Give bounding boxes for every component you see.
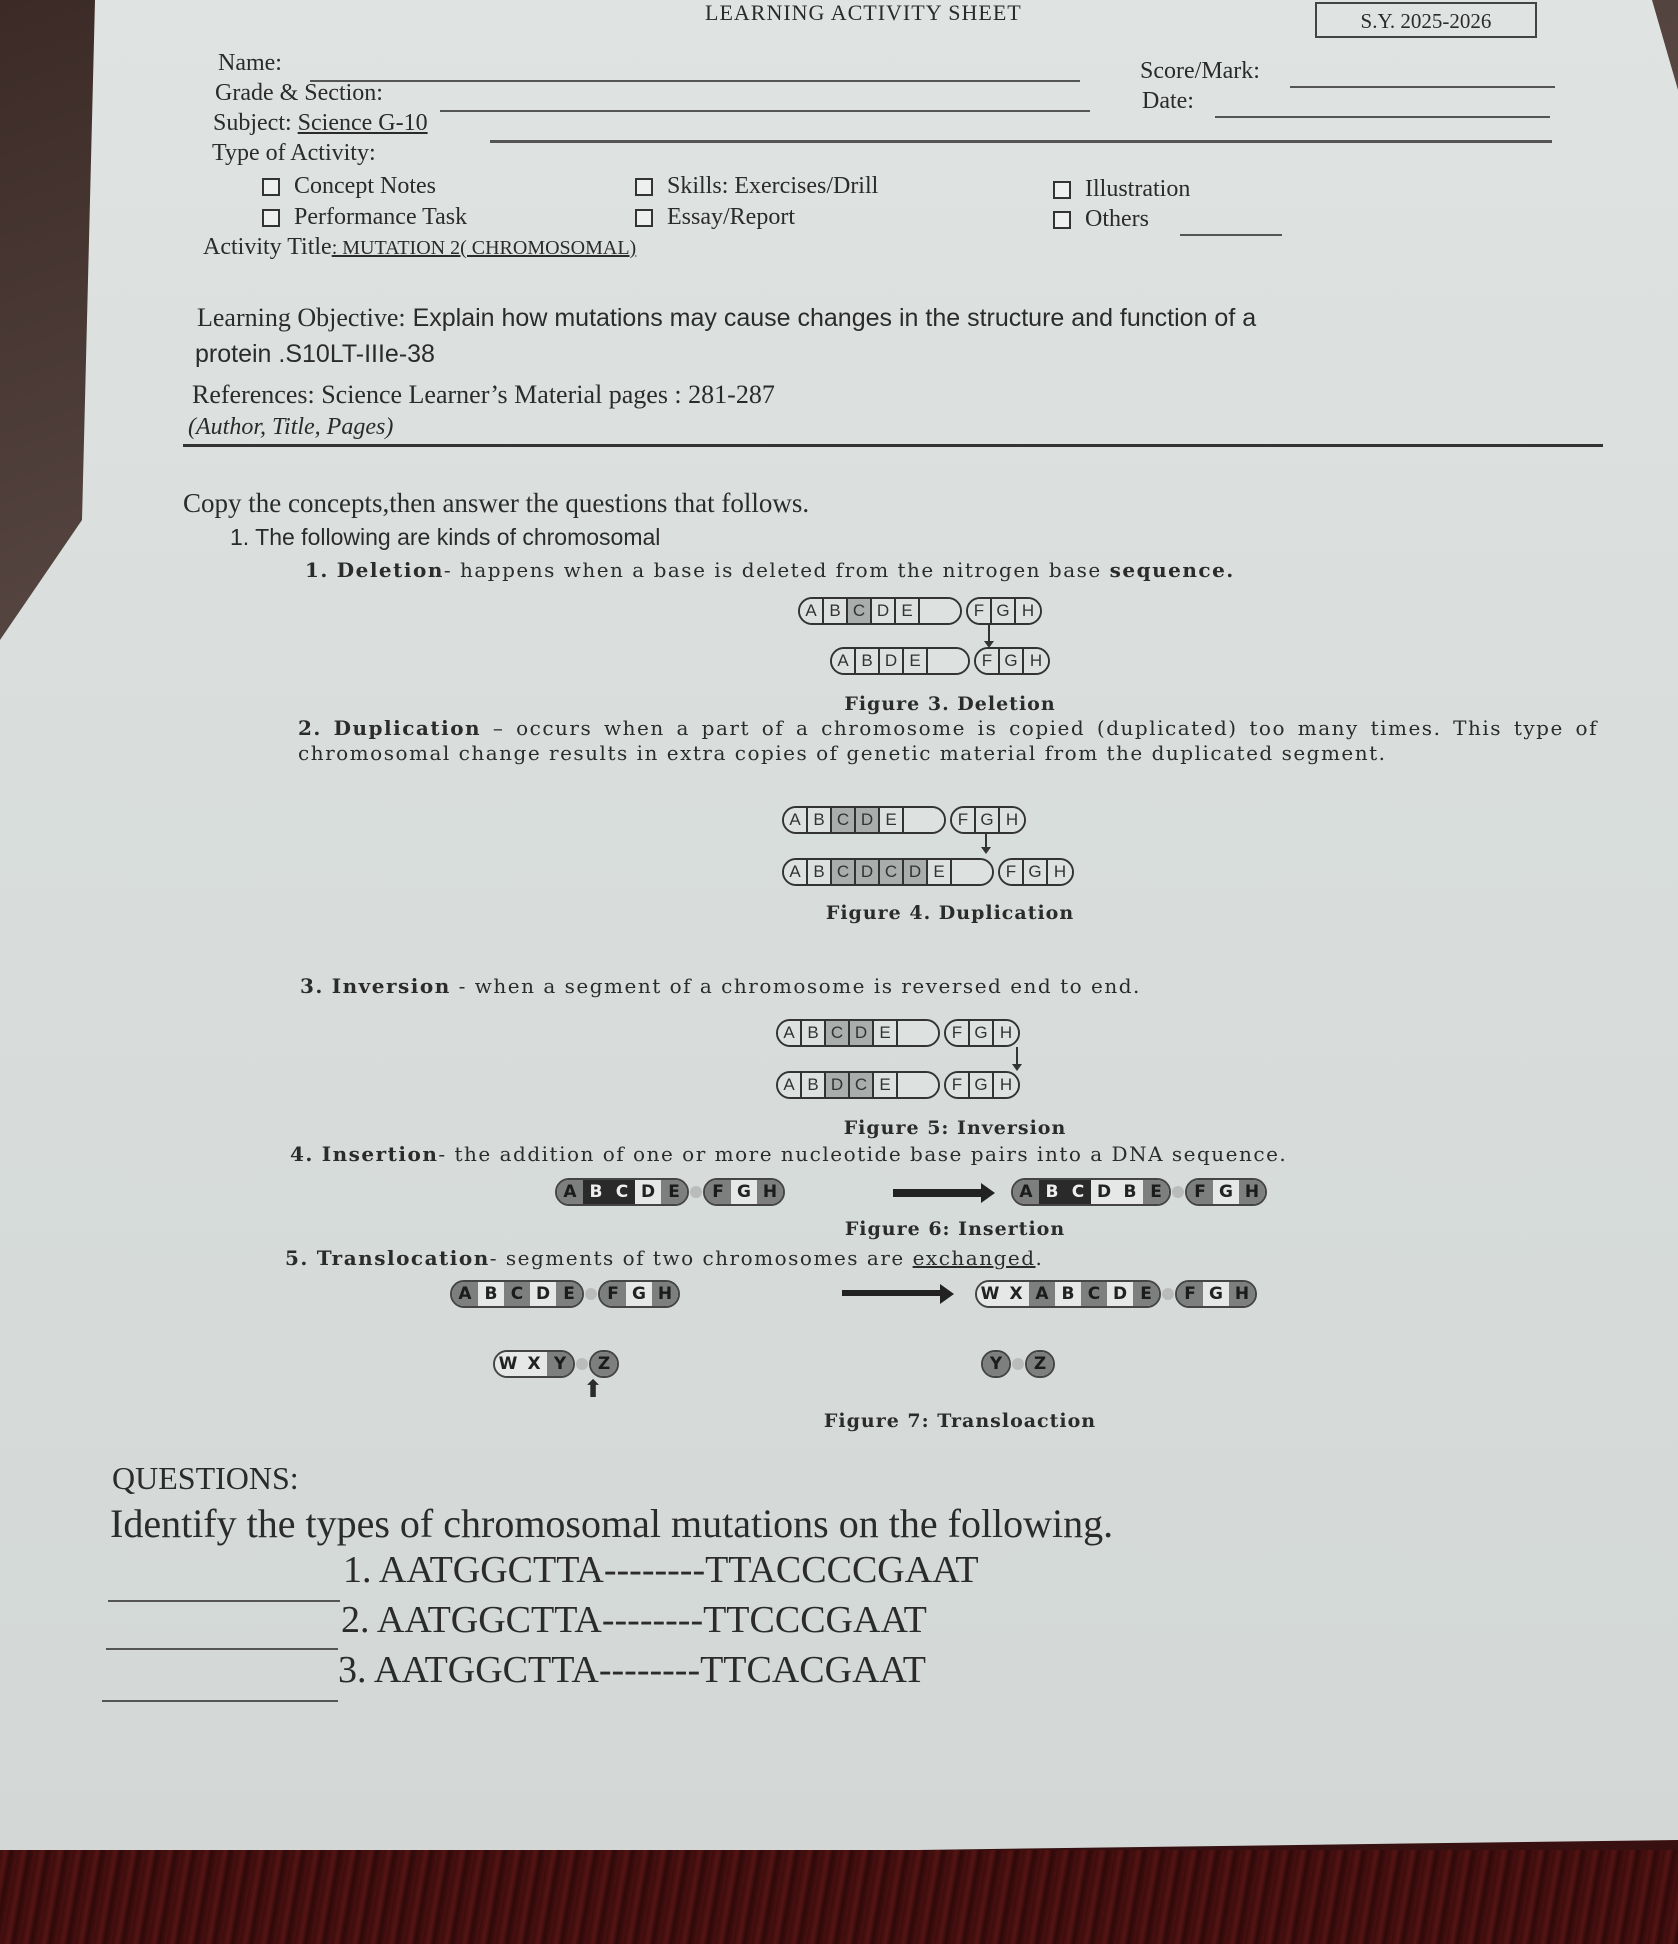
translocation-before-chromosome-1: ABCDEFGH (450, 1280, 680, 1308)
arrow-down-icon (988, 625, 990, 642)
checkbox-icon[interactable] (635, 209, 653, 227)
activity-title-value: : MUTATION 2( CHROMOSOMAL) (332, 237, 637, 259)
date-label: Date: (1142, 88, 1194, 115)
school-year-box: S.Y. 2025-2026 (1315, 2, 1537, 38)
question-2: 2. AATGGCTTA--------TTCCCGAAT (341, 1598, 927, 1642)
answer-field-3[interactable] (102, 1700, 338, 1702)
figure-caption: Figure 4. Duplication (750, 902, 1150, 924)
section-divider (183, 444, 1603, 447)
concept-inversion: 3. Inversion - when a segment of a chrom… (300, 974, 1141, 998)
figure-caption: Figure 7: Transloaction (740, 1410, 1180, 1432)
concept-insertion: 4. Insertion- the addition of one or mor… (290, 1142, 1287, 1166)
instructions: Copy the concepts,then answer the questi… (183, 488, 809, 519)
figure-caption: Figure 6: Insertion (760, 1218, 1150, 1240)
checkbox-performance-task[interactable]: Performance Task (262, 204, 467, 231)
concept-deletion: 1. Deletion- happens when a base is dele… (305, 558, 1235, 582)
arrow-right-icon (893, 1189, 983, 1197)
translocation-before-chromosome-2: WXYZ (493, 1350, 619, 1378)
checkbox-icon[interactable] (262, 209, 280, 227)
questions-prompt: Identify the types of chromosomal mutati… (110, 1500, 1113, 1547)
question-1: 1. AATGGCTTA--------TTACCCCGAAT (343, 1548, 979, 1592)
answer-field-1[interactable] (108, 1600, 340, 1602)
learning-objective: Learning Objective: Explain how mutation… (197, 303, 1256, 333)
arrow-up-icon: ⬆ (583, 1380, 603, 1400)
others-field[interactable] (1180, 234, 1282, 236)
score-field[interactable] (1290, 86, 1555, 88)
sheet-title: LEARNING ACTIVITY SHEET (705, 0, 1022, 26)
type-of-activity-label: Type of Activity: (212, 140, 376, 167)
learning-objective-code: protein .S10LT-IIIe-38 (195, 340, 435, 369)
activity-title-row: Activity Title: MUTATION 2( CHROMOSOMAL) (203, 234, 636, 261)
intro-item: 1. The following are kinds of chromosoma… (230, 524, 660, 551)
inversion-before-chromosome: ABCDEFGH (776, 1019, 1020, 1047)
arrow-down-icon (1016, 1047, 1018, 1065)
concept-translocation: 5. Translocation- segments of two chromo… (285, 1246, 1043, 1270)
checkbox-icon[interactable] (1053, 181, 1071, 199)
score-label: Score/Mark: (1140, 58, 1260, 85)
questions-heading: QUESTIONS: (112, 1460, 299, 1497)
name-field[interactable] (310, 80, 1080, 82)
arrow-down-icon (985, 834, 987, 848)
checkbox-skills[interactable]: Skills: Exercises/Drill (635, 173, 878, 200)
insertion-before-chromosome: ABCDEFGH (555, 1178, 785, 1206)
date-field[interactable] (1215, 116, 1550, 118)
deletion-before-chromosome: ABCDEFGH (798, 597, 1042, 625)
translocation-after-chromosome-1: WXABCDEFGH (975, 1280, 1257, 1308)
duplication-before-chromosome: ABCDEFGH (782, 806, 1026, 834)
arrow-right-icon (842, 1290, 942, 1296)
subject-value: Science G-10 (298, 110, 428, 136)
subject-line (490, 140, 1552, 143)
checkbox-others[interactable]: Others (1053, 206, 1149, 233)
references: References: Science Learner’s Material p… (192, 380, 775, 410)
translocation-after-chromosome-2: YZ (981, 1350, 1055, 1378)
figure-caption: Figure 5: Inversion (760, 1117, 1150, 1139)
deletion-after-chromosome: ABDEFGH (830, 647, 1050, 675)
references-hint: (Author, Title, Pages) (188, 414, 393, 441)
figure-caption: Figure 3. Deletion (780, 693, 1120, 715)
checkbox-concept-notes[interactable]: Concept Notes (262, 173, 436, 200)
answer-field-2[interactable] (106, 1648, 338, 1650)
checkbox-icon[interactable] (635, 178, 653, 196)
activity-title-label: Activity Title (203, 234, 332, 260)
subject-row: Subject: Science G-10 (213, 110, 428, 137)
name-label: Name: (218, 50, 282, 77)
inversion-after-chromosome: ABDCEFGH (776, 1071, 1020, 1099)
question-3: 3. AATGGCTTA--------TTCACGAAT (338, 1648, 926, 1692)
grade-section-field[interactable] (440, 110, 1090, 112)
checkbox-essay-report[interactable]: Essay/Report (635, 204, 795, 231)
subject-label: Subject: (213, 110, 292, 136)
table-surface (0, 1850, 1678, 1944)
checkbox-illustration[interactable]: Illustration (1053, 176, 1190, 203)
concept-duplication: 2. Duplication – occurs when a part of a… (298, 716, 1598, 766)
grade-section-label: Grade & Section: (215, 80, 383, 107)
checkbox-icon[interactable] (1053, 211, 1071, 229)
insertion-after-chromosome: ABCDBEFGH (1011, 1178, 1267, 1206)
duplication-after-chromosome: ABCDCDEFGH (782, 858, 1074, 886)
checkbox-icon[interactable] (262, 178, 280, 196)
